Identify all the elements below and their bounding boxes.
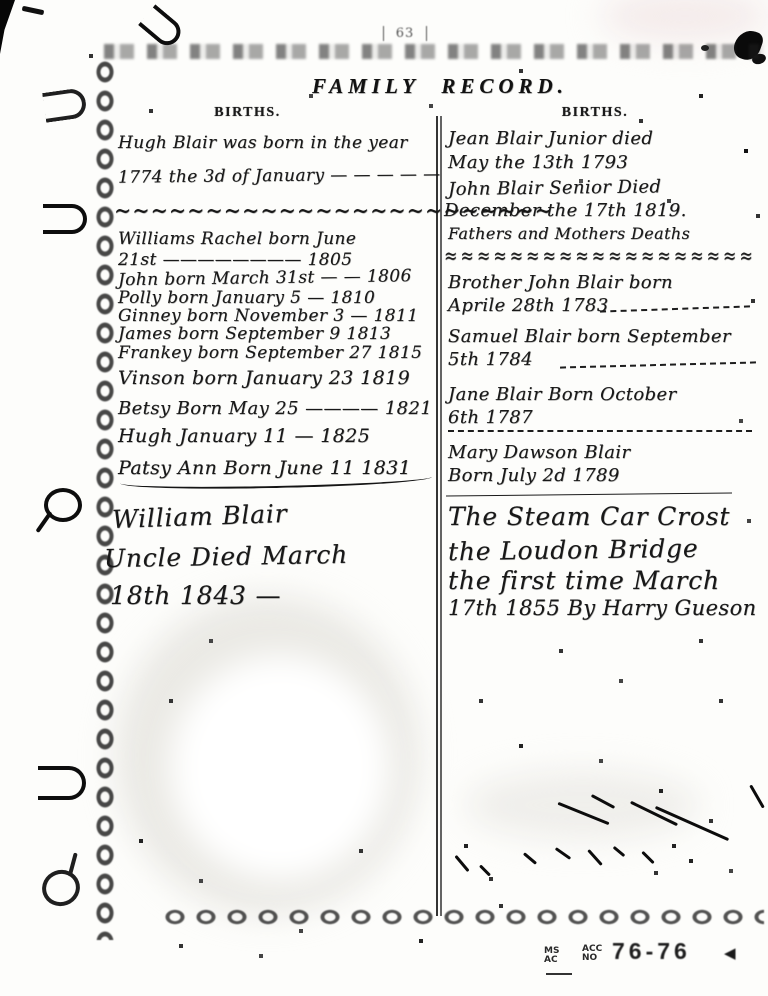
accession-number: 76-76 [612,938,691,965]
birth-entry: Jane Blair Born October [448,384,766,405]
left-column-heading: BIRTHS. [160,105,335,121]
birth-entry: Williams Rachel born June [118,229,440,249]
page-title: FAMILY RECORD. [250,74,630,99]
pen-slash [591,794,615,809]
death-entry: May the 13th 1793 [448,152,766,173]
pen-slash [655,806,729,841]
birth-entry: Frankey born September 27 1815 [118,343,440,363]
scribble-separator: ≈≈≈≈≈≈≈≈≈≈≈≈≈≈≈≈≈≈≈ [444,243,762,269]
birth-entry: 1774 the 3d of January — — — — — [118,164,440,187]
stamp-underline [546,973,572,975]
stamp-label: ACC NO [582,945,602,963]
stamp-label-bottom: NO [582,954,602,963]
scanned-family-record-page: 63 FAMILY RECORD. BIRTHS. BIRTHS. Hugh B… [0,0,768,996]
scan-blotch [170,655,390,880]
section-caption: Fathers and Mothers Deaths [448,224,766,243]
binder-ring-mark [37,865,85,912]
death-entry: John Blair Senior Died [448,175,766,200]
memo-line: the Loudon Bridge [448,533,766,566]
memo-line: 17th 1855 By Harry Gueson [448,596,766,620]
pen-slash [587,849,603,866]
pen-slash [479,864,491,876]
chain-border-left [92,58,118,940]
pen-slash [523,852,537,865]
birth-entry: Mary Dawson Blair [448,442,766,463]
right-column-heading: BIRTHS. [510,105,680,121]
stamp-prefix-bottom: AC [544,956,559,965]
pen-slash [613,846,626,857]
ornament-band-top [104,44,764,59]
dash-rule [448,430,752,432]
birth-entry: James born September 9 1813 [118,324,440,344]
birth-entry: Ginney born November 3 — 1811 [118,306,440,326]
binder-ring-mark [38,766,86,800]
death-entry: December the 17th 1819. [444,200,762,221]
scan-blotch [465,770,700,840]
birth-entry: Brother John Blair born [448,272,766,293]
pen-slash [749,784,765,808]
page-number: 63 [365,26,445,41]
death-note-line: Uncle Died March [104,540,349,573]
pen-slash [641,851,654,864]
binder-ring-mark [42,87,88,123]
pen-slash [557,802,609,825]
binder-ring-mark [43,204,87,234]
death-entry: Jean Blair Junior died [448,128,766,149]
memo-line: the first time March [448,566,766,595]
birth-entry: Born July 2d 1789 [448,465,766,486]
birth-entry: Hugh January 11 — 1825 [118,425,440,447]
chain-border-bottom [160,902,764,932]
birth-entry: Samuel Blair born September [448,326,766,347]
corner-ink-mark [0,0,15,54]
birth-entry: 6th 1787 [448,407,766,428]
death-note-line: 18th 1843 — [110,581,281,610]
stamp-prefix: MS AC [544,947,559,965]
birth-entry: Betsy Born May 25 ———— 1821 [118,398,440,419]
wavy-separator: ~~~~~~~~~~~~~~~~~~~~~~~~ [114,194,446,226]
memo-line: The Steam Car Crost [448,502,766,531]
pen-slash [454,855,469,872]
rule-line [446,493,732,497]
page-number-value: 63 [383,26,428,41]
binder-ring-mark [44,488,82,522]
birth-entry: Vinson born January 23 1819 [118,367,440,389]
ink-dash [22,6,45,15]
birth-entry: John born March 31st — — 1806 [118,266,440,290]
death-note-line: William Blair [112,499,288,534]
scan-blotch [115,595,420,915]
pen-slash [555,847,571,860]
stamp-arrow-mark: ◀ [724,944,736,962]
birth-entry: Polly born January 5 — 1810 [118,288,440,308]
birth-entry: Hugh Blair was born in the year [118,133,440,153]
